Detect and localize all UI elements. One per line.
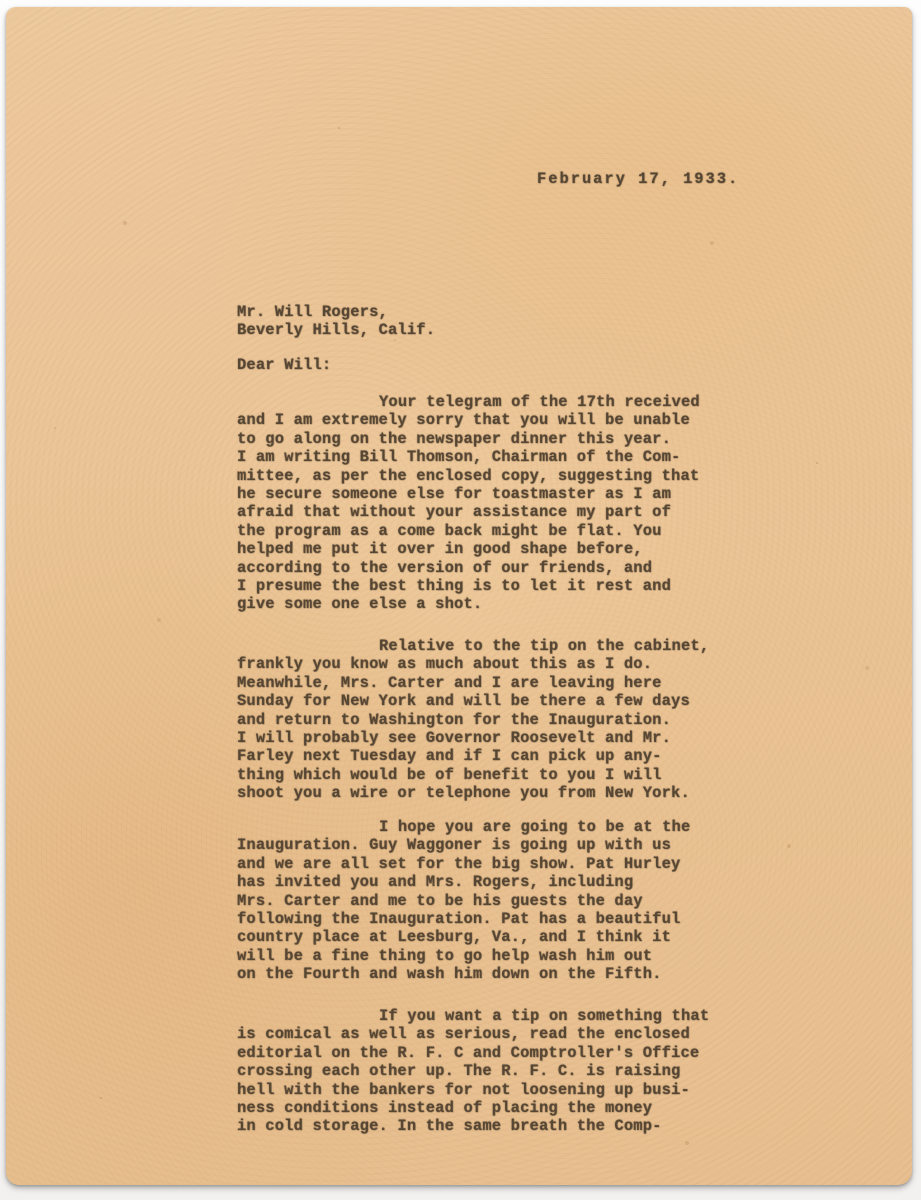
letter-paragraph-1: Your telegram of the 17th received and I… [237,393,727,614]
salutation: Dear Will: [237,356,727,374]
letter-date: February 17, 1933. [537,170,797,188]
recipient-address: Mr. Will Rogers, Beverly Hills, Calif. [237,303,727,340]
letter-paragraph-4: If you want a tip on something that is c… [237,1007,727,1136]
letter-paragraph-3: I hope you are going to be at the Inaugu… [237,818,727,984]
paper-texture-speckles [6,7,8,9]
letter-paragraph-2: Relative to the tip on the cabinet, fran… [237,637,727,803]
scanned-letter-page: February 17, 1933. Mr. Will Rogers, Beve… [0,0,921,1200]
letter-paper: February 17, 1933. Mr. Will Rogers, Beve… [6,7,912,1185]
